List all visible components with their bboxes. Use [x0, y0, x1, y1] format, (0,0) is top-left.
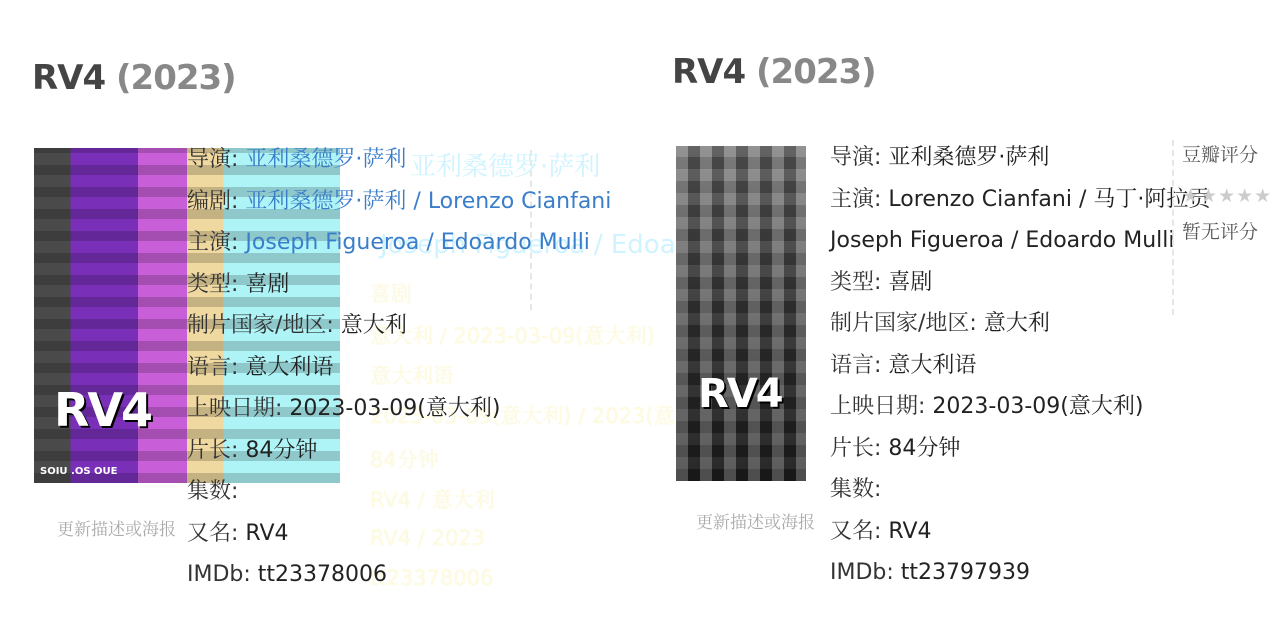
title-year: (2023) [116, 58, 236, 98]
movie-card-right: RV4 (2023) RV4 更新描述或海报 导演: 亚利桑德罗·萨利 主演: … [650, 0, 1280, 638]
info-row-aka: 又名: RV4 [830, 517, 1210, 559]
info-row-imdb: IMDb: tt23378006 [187, 560, 611, 602]
star-rating-icon: ★★★★★ [1182, 185, 1272, 207]
update-poster-link[interactable]: 更新描述或海报 [696, 508, 815, 533]
info-row-director: 导演: 亚利桑德罗·萨利 [187, 145, 611, 187]
info-row-genre: 类型: 喜剧 [187, 270, 611, 312]
imdb-id: tt23797939 [901, 560, 1030, 585]
movie-info: 导演: 亚利桑德罗·萨利 编剧: 亚利桑德罗·萨利 / Lorenzo Cian… [187, 145, 611, 602]
rating-divider [1172, 140, 1174, 315]
info-row-episodes: 集数: [830, 475, 1210, 517]
title-text: RV4 [32, 58, 105, 98]
info-row-runtime: 片长: 84分钟 [830, 434, 1210, 476]
poster-logo: RV4 [54, 383, 151, 437]
info-row-language: 语言: 意大利语 [830, 351, 1210, 393]
director-link[interactable]: 亚利桑德罗·萨利 [888, 145, 1049, 170]
info-row-writer: 编剧: 亚利桑德罗·萨利 / Lorenzo Cianfani [187, 187, 611, 229]
info-row-cast: 主演: Joseph Figueroa / Edoardo Mulli [187, 228, 611, 270]
update-poster-link[interactable]: 更新描述或海报 [57, 515, 176, 540]
director-link[interactable]: 亚利桑德罗·萨利 [245, 147, 406, 172]
title-year: (2023) [756, 52, 876, 92]
movie-poster[interactable]: RV4 [676, 146, 806, 481]
info-row-language: 语言: 意大利语 [187, 353, 611, 395]
poster-footer: SOIU .OS OUE [40, 466, 117, 477]
rating-label: 豆瓣评分 [1182, 140, 1272, 167]
info-row-release: 上映日期: 2023-03-09(意大利) [187, 394, 611, 436]
info-row-cast-cont: Joseph Figueroa / Edoardo Mulli [830, 226, 1210, 268]
no-rating-text: 暂无评分 [1182, 217, 1272, 244]
info-row-imdb: IMDb: tt23797939 [830, 558, 1210, 600]
rating-panel: 豆瓣评分 ★★★★★ 暂无评分 [1182, 140, 1272, 244]
info-row-cast: 主演: Lorenzo Cianfani / 马丁·阿拉贡 [830, 185, 1210, 227]
info-row-runtime: 片长: 84分钟 [187, 436, 611, 478]
title-text: RV4 [672, 52, 745, 92]
writer-link[interactable]: 亚利桑德罗·萨利 / Lorenzo Cianfani [245, 189, 611, 214]
cast-link[interactable]: Joseph Figueroa / Edoardo Mulli [245, 230, 590, 255]
info-row-country: 制片国家/地区: 意大利 [187, 311, 611, 353]
movie-title: RV4 (2023) [32, 58, 236, 98]
info-row-aka: 又名: RV4 [187, 519, 611, 561]
poster-logo: RV4 [698, 371, 782, 417]
imdb-id: tt23378006 [258, 562, 387, 587]
info-row-release: 上映日期: 2023-03-09(意大利) [830, 392, 1210, 434]
info-row-director: 导演: 亚利桑德罗·萨利 [830, 143, 1210, 185]
info-row-episodes: 集数: [187, 477, 611, 519]
movie-card-left: RV4 (2023) RV4 SOIU .OS OUE 更新描述或海报 亚利桑德… [0, 0, 660, 638]
info-row-genre: 类型: 喜剧 [830, 268, 1210, 310]
movie-info: 导演: 亚利桑德罗·萨利 主演: Lorenzo Cianfani / 马丁·阿… [830, 143, 1210, 600]
cast-link[interactable]: Joseph Figueroa / Edoardo Mulli [830, 228, 1175, 253]
movie-title: RV4 (2023) [672, 52, 876, 92]
info-row-country: 制片国家/地区: 意大利 [830, 309, 1210, 351]
poster-image [676, 146, 806, 481]
cast-link[interactable]: Lorenzo Cianfani / 马丁·阿拉贡 [888, 187, 1210, 212]
